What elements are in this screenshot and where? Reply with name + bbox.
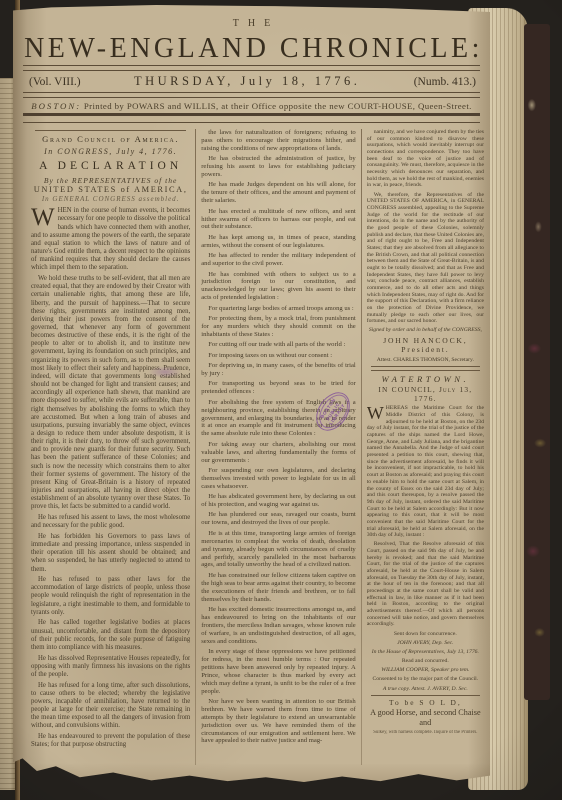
signed-line: Signed by order and in behalf of the CON… (367, 327, 484, 334)
body-paragraph: He has refused to pass other laws for th… (31, 576, 190, 617)
body-paragraph: He has affected to render the military i… (201, 252, 356, 268)
body-paragraph: For cutting off our trade with all parts… (201, 341, 356, 349)
newspaper-page: THE NEW-ENGLAND CHRONICLE: (Vol. VIII.) … (13, 5, 490, 789)
sent-down-line: Sent down for concurrence. (367, 631, 484, 638)
newspaper-title: NEW-ENGLAND CHRONICLE: (23, 33, 484, 65)
masthead: THE NEW-ENGLAND CHRONICLE: (Vol. VIII.) … (13, 5, 490, 123)
ad-title: To be S O L D, (367, 699, 484, 708)
imprint-city: BOSTON: (31, 101, 81, 111)
consented-line: Consented to by the major part of the Co… (367, 676, 484, 683)
ad-fine-print: Sulkey, with harness complete. Inquire o… (367, 730, 484, 736)
attest-line: Attest. CHARLES THOMSON, Secretary. (367, 357, 484, 364)
ad-line: A good Horse, and second Chaise and (367, 708, 484, 727)
masthead-rule (23, 65, 480, 71)
body-paragraph: He has forbidden his Governors to pass l… (31, 533, 190, 574)
dateline-row: (Vol. VIII.) THURSDAY, July 18, 1776. (N… (29, 74, 476, 89)
issue-number: (Numb. 413.) (414, 76, 476, 88)
body-paragraph: He has made Judges dependent on his will… (201, 181, 356, 205)
section-title: Grand Council of America. (31, 134, 190, 144)
body-paragraph: He has dissolved Representative Houses r… (31, 655, 190, 679)
column-3-paragraphs: nanimity, and we have conjured them by t… (367, 129, 484, 325)
marbled-book-cover (524, 24, 550, 700)
body-paragraph: For quartering large bodies of armed tro… (201, 305, 356, 313)
imprint-text: Printed by POWARS and WILLIS, at their O… (84, 101, 472, 111)
body-paragraph: We hold these truths to be self-evident,… (31, 275, 190, 512)
body-paragraph: He has combined with others to subject u… (201, 271, 356, 303)
body-paragraph: He has obstructed the administration of … (201, 155, 356, 179)
photo-backdrop: THE NEW-ENGLAND CHRONICLE: (Vol. VIII.) … (0, 0, 562, 800)
masthead-bottom-rule (23, 113, 480, 123)
column-area: Grand Council of America. In CONGRESS, J… (31, 129, 484, 765)
stamp-text-top: BOSTON (319, 397, 337, 419)
body-paragraph: In every stage of these oppressions we h… (201, 648, 356, 695)
congress-dateline: In CONGRESS, July 4, 1776. (31, 147, 190, 157)
body-paragraph: He has called together legislative bodie… (31, 619, 190, 652)
body-paragraph: the laws for naturalization of foreigner… (201, 129, 356, 153)
declaration-heading: A DECLARATION (31, 160, 190, 174)
declaration-opening-paragraph: WHEN in the course of human events, it b… (31, 207, 190, 272)
ad-rule (371, 695, 480, 696)
ink-smudge (148, 366, 182, 378)
body-paragraph: He has endeavoured to prevent the popula… (31, 733, 190, 749)
section-divider-rule (371, 366, 480, 371)
column-divider (195, 129, 196, 765)
stamp-text-middle: PUBLIC (325, 401, 341, 421)
drop-cap: W (31, 207, 58, 228)
hancock-signature: JOHN HANCOCK, President. (367, 337, 484, 355)
column-1: Grand Council of America. In CONGRESS, J… (31, 129, 190, 765)
body-paragraph: He has refused his assent to laws, the m… (31, 514, 190, 530)
body-paragraph: He is at this time, transporting large a… (201, 530, 356, 570)
body-paragraph: For taking away our charters, abolishing… (201, 441, 356, 465)
column-1-paragraphs: We hold these truths to be self-evident,… (31, 275, 190, 749)
watertown-heading: WATERTOWN. (367, 374, 484, 384)
issue-date: THURSDAY, July 18, 1776. (134, 74, 360, 89)
declaration-assembled-line: In GENERAL CONGRESS assembled. (31, 195, 190, 203)
body-paragraph: nanimity, and we have conjured them by t… (367, 129, 484, 189)
cooper-signature: WILLIAM COOPER, Speaker pro tem. (367, 667, 484, 674)
true-copy-line: A true copy. Attest. J. AVERY, D. Sec. (367, 686, 484, 693)
body-paragraph: For suspending our own legislatures, and… (201, 467, 356, 491)
read-concurred-line: Read and concurred. (367, 658, 484, 665)
body-paragraph: For imposing taxes on us without our con… (201, 352, 356, 360)
masthead-the: THE (13, 18, 490, 29)
body-paragraph: He has plundered our seas, ravaged our c… (201, 511, 356, 527)
body-paragraph: He has abdicated government here, by dec… (201, 493, 356, 509)
body-paragraph: He has refused for a long time, after su… (31, 682, 190, 731)
whereas-paragraph: WHEREAS the Maritime Court for the Middl… (367, 405, 484, 538)
column-3: nanimity, and we have conjured them by t… (367, 129, 484, 765)
body-paragraph: He has kept among us, in times of peace,… (201, 234, 356, 250)
body-paragraph: For protecting them, by a mock trial, fr… (201, 315, 356, 339)
body-paragraph: Nor have we been wanting in attention to… (201, 698, 356, 745)
body-paragraph: For depriving us, in many cases, of the … (201, 362, 356, 378)
council-dateline: IN COUNCIL, July 13, 1776. (367, 386, 484, 403)
body-paragraph: He has erected a multitude of new office… (201, 208, 356, 232)
body-paragraph: He has excited domestic insurrections am… (201, 606, 356, 646)
column-2-paragraphs: the laws for naturalization of foreigner… (201, 129, 356, 745)
avery-signature: JOHN AVERY, Dep. Sec. (367, 640, 484, 647)
drop-cap: W (367, 405, 386, 420)
whereas-text: HEREAS the Maritime Court for the Middle… (367, 405, 484, 538)
column-divider (361, 129, 362, 765)
imprint-line: BOSTON: Printed by POWARS and WILLIS, at… (21, 101, 482, 111)
declaration-byline: By the REPRESENTATIVES of the (31, 176, 190, 185)
body-paragraph: He has constrained our fellow citizens t… (201, 572, 356, 604)
adjacent-page-edge (0, 78, 15, 790)
dateline-rule (23, 92, 480, 98)
house-line: In the House of Representatives, July 13… (367, 649, 484, 656)
declaration-states-line: UNITED STATES of AMERICA, (31, 185, 190, 195)
column-2: the laws for naturalization of foreigner… (201, 129, 356, 765)
section-rule (35, 130, 186, 131)
body-paragraph: We, therefore, the Representatives of th… (367, 192, 484, 325)
volume-label: (Vol. VIII.) (29, 76, 81, 88)
resolved-paragraph: Resolved, That the Resolve aforesaid of … (367, 541, 484, 628)
